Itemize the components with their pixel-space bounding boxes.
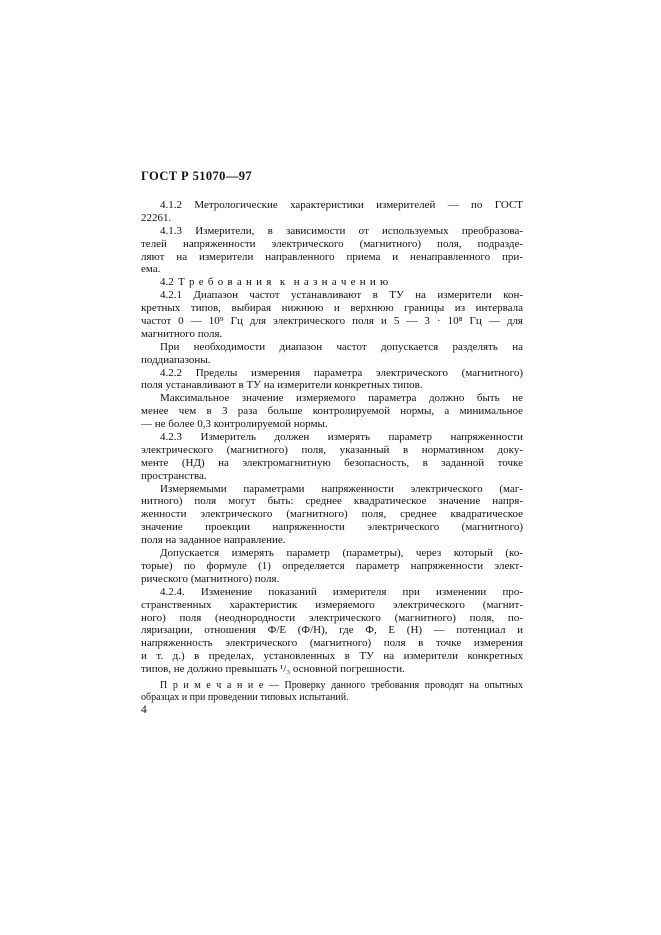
section-heading: 4.2 Т р е б о в а н и я к н а з н а ч е … bbox=[141, 276, 523, 289]
text-line: Измеряемыми параметрами напряженности эл… bbox=[141, 483, 523, 496]
text-line: поддиапазоны. bbox=[141, 354, 523, 367]
text-line: пространства. bbox=[141, 470, 523, 483]
body-text: 4.1.2 Метрологические характеристики изм… bbox=[141, 199, 523, 703]
text-line: электрического (магнитного) поля, указан… bbox=[141, 444, 523, 457]
text-line: рического (магнитного) поля. bbox=[141, 573, 523, 586]
text-line: 4.2.1 Диапазон частот устанавливают в ТУ… bbox=[141, 289, 523, 302]
text-line: 4.1.3 Измерители, в зависимости от испол… bbox=[141, 225, 523, 238]
text-line: поля на заданное направление. bbox=[141, 534, 523, 547]
text-line: ема. bbox=[141, 263, 523, 276]
text-line: При необходимости диапазон частот допуск… bbox=[141, 341, 523, 354]
text-line: частот 0 — 10⁹ Гц для электрического пол… bbox=[141, 315, 523, 328]
text-line: торые) по формуле (1) определяется парам… bbox=[141, 560, 523, 573]
text-line: 4.2.4. Изменение показаний измерителя пр… bbox=[141, 586, 523, 599]
text-line: 4.2.2 Пределы измерения параметра электр… bbox=[141, 367, 523, 380]
text-line: значение проекции напряженности электрич… bbox=[141, 521, 523, 534]
text-line: и т. д.) в пределах, установленных в ТУ … bbox=[141, 650, 523, 663]
text-line: магнитного поля. bbox=[141, 328, 523, 341]
text-line: ляют на измерители направленного приема … bbox=[141, 251, 523, 264]
document-page: ГОСТ Р 51070—97 4.1.2 Метрологические ха… bbox=[0, 0, 661, 935]
text-line: женности электрического (магнитного) пол… bbox=[141, 508, 523, 521]
text-line: Максимальное значение измеряемого параме… bbox=[141, 392, 523, 405]
text-line: 4.2.3 Измеритель должен измерять парамет… bbox=[141, 431, 523, 444]
text-line: менте (НД) на электромагнитную безопасно… bbox=[141, 457, 523, 470]
text-line: поля устанавливают в ТУ на измерители ко… bbox=[141, 379, 523, 392]
text-line: ного) поля (неоднородности электрическог… bbox=[141, 612, 523, 625]
text-line: Допускается измерять параметр (параметры… bbox=[141, 547, 523, 560]
running-header: ГОСТ Р 51070—97 bbox=[141, 169, 252, 184]
text-line: телей напряженности электрического (магн… bbox=[141, 238, 523, 251]
text-line: кретных типов, выбирая нижнюю и верхнюю … bbox=[141, 302, 523, 315]
text-line: — не более 0,3 контролируемой нормы. bbox=[141, 418, 523, 431]
note-line: П р и м е ч а н и е — Проверку данного т… bbox=[141, 680, 523, 692]
text-line: менее чем в 3 раза больше контролируемой… bbox=[141, 405, 523, 418]
page-number: 4 bbox=[141, 704, 147, 716]
text-line: типов, не должно превышать ¹/₃ основной … bbox=[141, 663, 523, 676]
text-line: ляризации, отношения Ф/Е (Ф/Н), где Ф, Е… bbox=[141, 624, 523, 637]
note-line: образцах и при проведении типовых испыта… bbox=[141, 692, 523, 704]
text-line: нитного) поля могут быть: среднее квадра… bbox=[141, 495, 523, 508]
text-line: 22261. bbox=[141, 212, 523, 225]
text-line: странственных характеристик измеряемого … bbox=[141, 599, 523, 612]
text-line: 4.1.2 Метрологические характеристики изм… bbox=[141, 199, 523, 212]
text-line: напряженность электрического (магнитного… bbox=[141, 637, 523, 650]
